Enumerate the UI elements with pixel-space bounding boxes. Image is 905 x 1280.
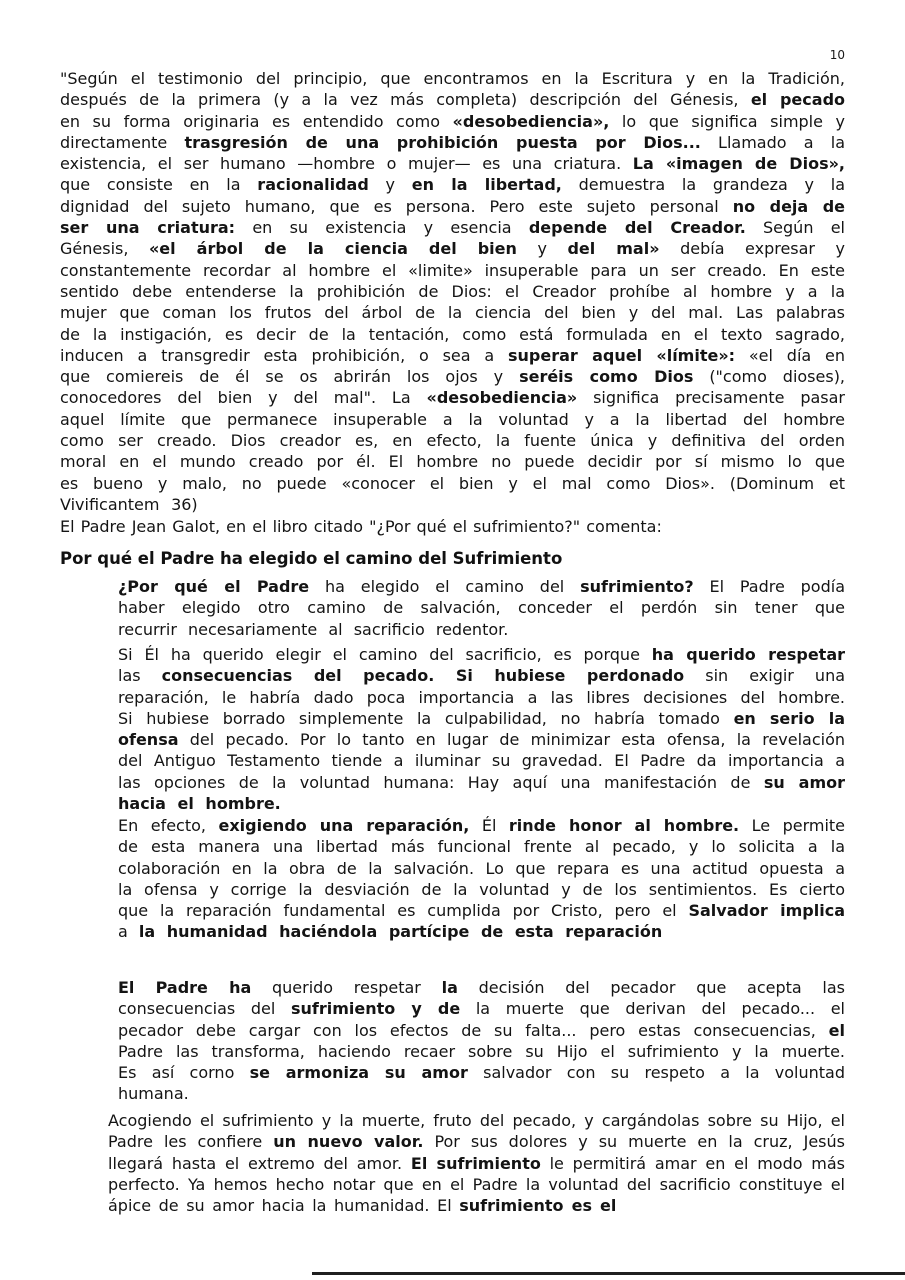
quote-paragraph-reparation: En efecto, exigiendo una reparación, Él … (118, 815, 845, 943)
galot-intro-line: El Padre Jean Galot, en el libro citado … (60, 516, 845, 537)
section-heading: Por qué el Padre ha elegido el camino de… (60, 548, 845, 569)
document-page: 10 "Según el testimonio del principio, q… (0, 0, 905, 1280)
footer-rule (312, 1272, 905, 1275)
quote-paragraph-sacrifice-path: Si Él ha querido elegir el camino del sa… (118, 644, 845, 814)
quote-paragraph-why-father: ¿Por qué el Padre ha elegido el camino d… (118, 576, 845, 640)
page-number: 10 (60, 48, 845, 63)
intro-quote-paragraph: "Según el testimonio del principio, que … (60, 68, 845, 515)
quote-paragraph-father-respects: El Padre ha querido respetar la decisión… (118, 977, 845, 1105)
closing-paragraph: Acogiendo el sufrimiento y la muerte, fr… (108, 1110, 845, 1216)
